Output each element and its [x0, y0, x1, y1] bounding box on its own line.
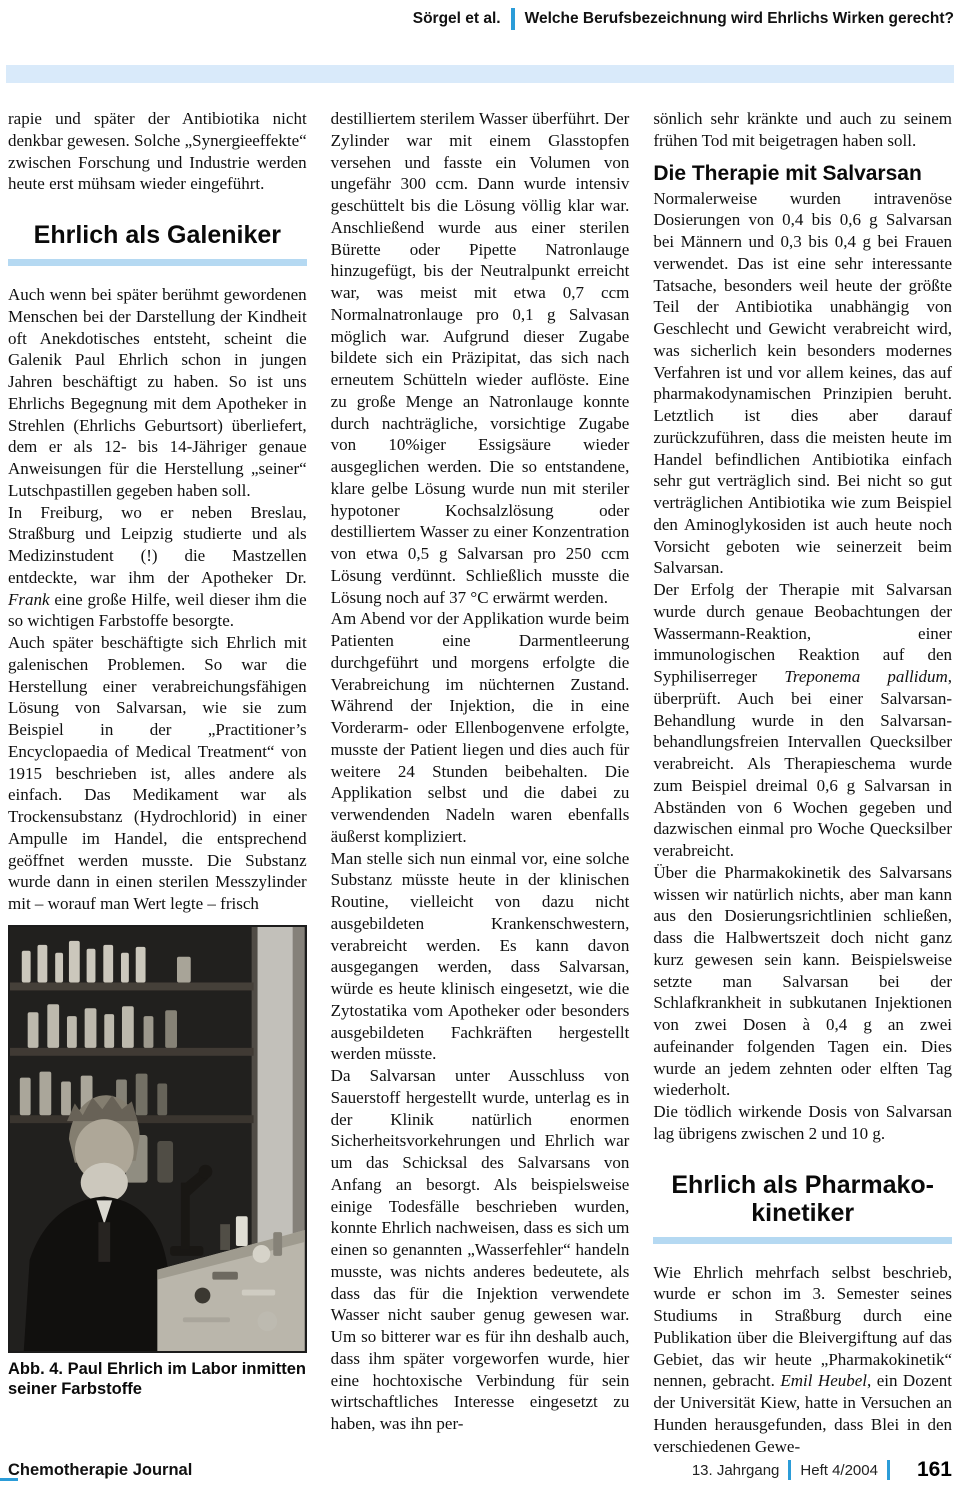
- paragraph: Man stelle sich nun einmal vor, eine sol…: [331, 848, 630, 1066]
- section-heading-pharmakokinetiker: Ehrlich als Pharmako-kinetiker: [653, 1171, 952, 1227]
- paragraph-segment-italic: Treponema pallidum: [784, 667, 947, 686]
- issue-label: Heft 4/2004: [800, 1462, 878, 1479]
- paragraph: Auch wenn bei später berühmt gewordenen …: [8, 284, 307, 502]
- text-columns: rapie und später der Antibiotika nicht d…: [8, 108, 952, 1457]
- paragraph: sönlich sehr kränkte und auch zu seinem …: [653, 108, 952, 152]
- column-2: destilliertem sterilem Wasser überführt.…: [331, 108, 630, 1457]
- figure-4: Abb. 4. Paul Ehrlich im Labor inmitten s…: [8, 925, 307, 1400]
- paragraph: Wie Ehrlich mehrfach selbst beschrieb, w…: [653, 1262, 952, 1458]
- ehrlich-lab-photo: [8, 925, 307, 1353]
- column-1: rapie und später der Antibiotika nicht d…: [8, 108, 307, 1457]
- paragraph: Am Abend vor der Applikation wurde beim …: [331, 608, 630, 847]
- paragraph: Auch später beschäftigte sich Ehrlich mi…: [8, 632, 307, 915]
- paragraph: Normalerweise wurden intravenöse Dosieru…: [653, 188, 952, 580]
- section-heading-galeniker: Ehrlich als Galeniker: [8, 221, 307, 249]
- footer-divider-bar: [788, 1460, 791, 1480]
- issue-info: 13. Jahrgang Heft 4/2004 161: [692, 1458, 952, 1482]
- header-divider-bar: [511, 8, 515, 30]
- section-heading-rule: [653, 1237, 952, 1244]
- page-footer: Chemotherapie Journal 13. Jahrgang Heft …: [8, 1458, 952, 1482]
- paragraph: destilliertem sterilem Wasser überführt.…: [331, 108, 630, 608]
- running-head: Sörgel et al. Welche Berufsbezeichnung w…: [413, 8, 954, 30]
- paragraph: Der Erfolg der Therapie mit Salvarsan wu…: [653, 579, 952, 862]
- running-head-title: Welche Berufsbezeichnung wird Ehrlichs W…: [525, 10, 954, 28]
- paragraph-segment-italic: Frank: [8, 590, 50, 609]
- paragraph-segment: In Freiburg, wo er neben Breslau, Straßb…: [8, 503, 307, 587]
- column-3: sönlich sehr kränkte und auch zu seinem …: [653, 108, 952, 1457]
- paragraph: In Freiburg, wo er neben Breslau, Straßb…: [8, 502, 307, 633]
- paragraph-segment: , überprüft. Auch bei einer Salvarsan-Be…: [653, 667, 952, 860]
- footer-divider-bar: [887, 1460, 890, 1480]
- paragraph: Die tödlich wirkende Dosis von Salvarsan…: [653, 1101, 952, 1145]
- journal-name: Chemotherapie Journal: [8, 1461, 192, 1480]
- running-head-authors: Sörgel et al.: [413, 10, 501, 28]
- figure-caption: Abb. 4. Paul Ehrlich im Labor inmitten s…: [8, 1359, 307, 1400]
- paragraph-segment-italic: Emil Heubel: [780, 1371, 867, 1390]
- journal-name-text: Chemotherapie Journal: [8, 1461, 192, 1479]
- section-heading-rule: [8, 259, 307, 266]
- page-number: 161: [917, 1458, 952, 1482]
- journal-logo-dash: [0, 1478, 18, 1481]
- paragraph: Da Salvarsan unter Ausschluss von Sauers…: [331, 1065, 630, 1435]
- paragraph-segment: eine große Hilfe, weil dieser ihm die so…: [8, 590, 307, 631]
- journal-page: Sörgel et al. Welche Berufsbezeichnung w…: [0, 0, 960, 1494]
- paragraph: rapie und später der Antibiotika nicht d…: [8, 108, 307, 195]
- header-band: [6, 65, 954, 83]
- paragraph: Über die Pharmakokinetik des Salvarsans …: [653, 862, 952, 1101]
- subsection-heading-therapie: Die Therapie mit Salvarsan: [653, 162, 952, 186]
- volume-label: 13. Jahrgang: [692, 1462, 780, 1479]
